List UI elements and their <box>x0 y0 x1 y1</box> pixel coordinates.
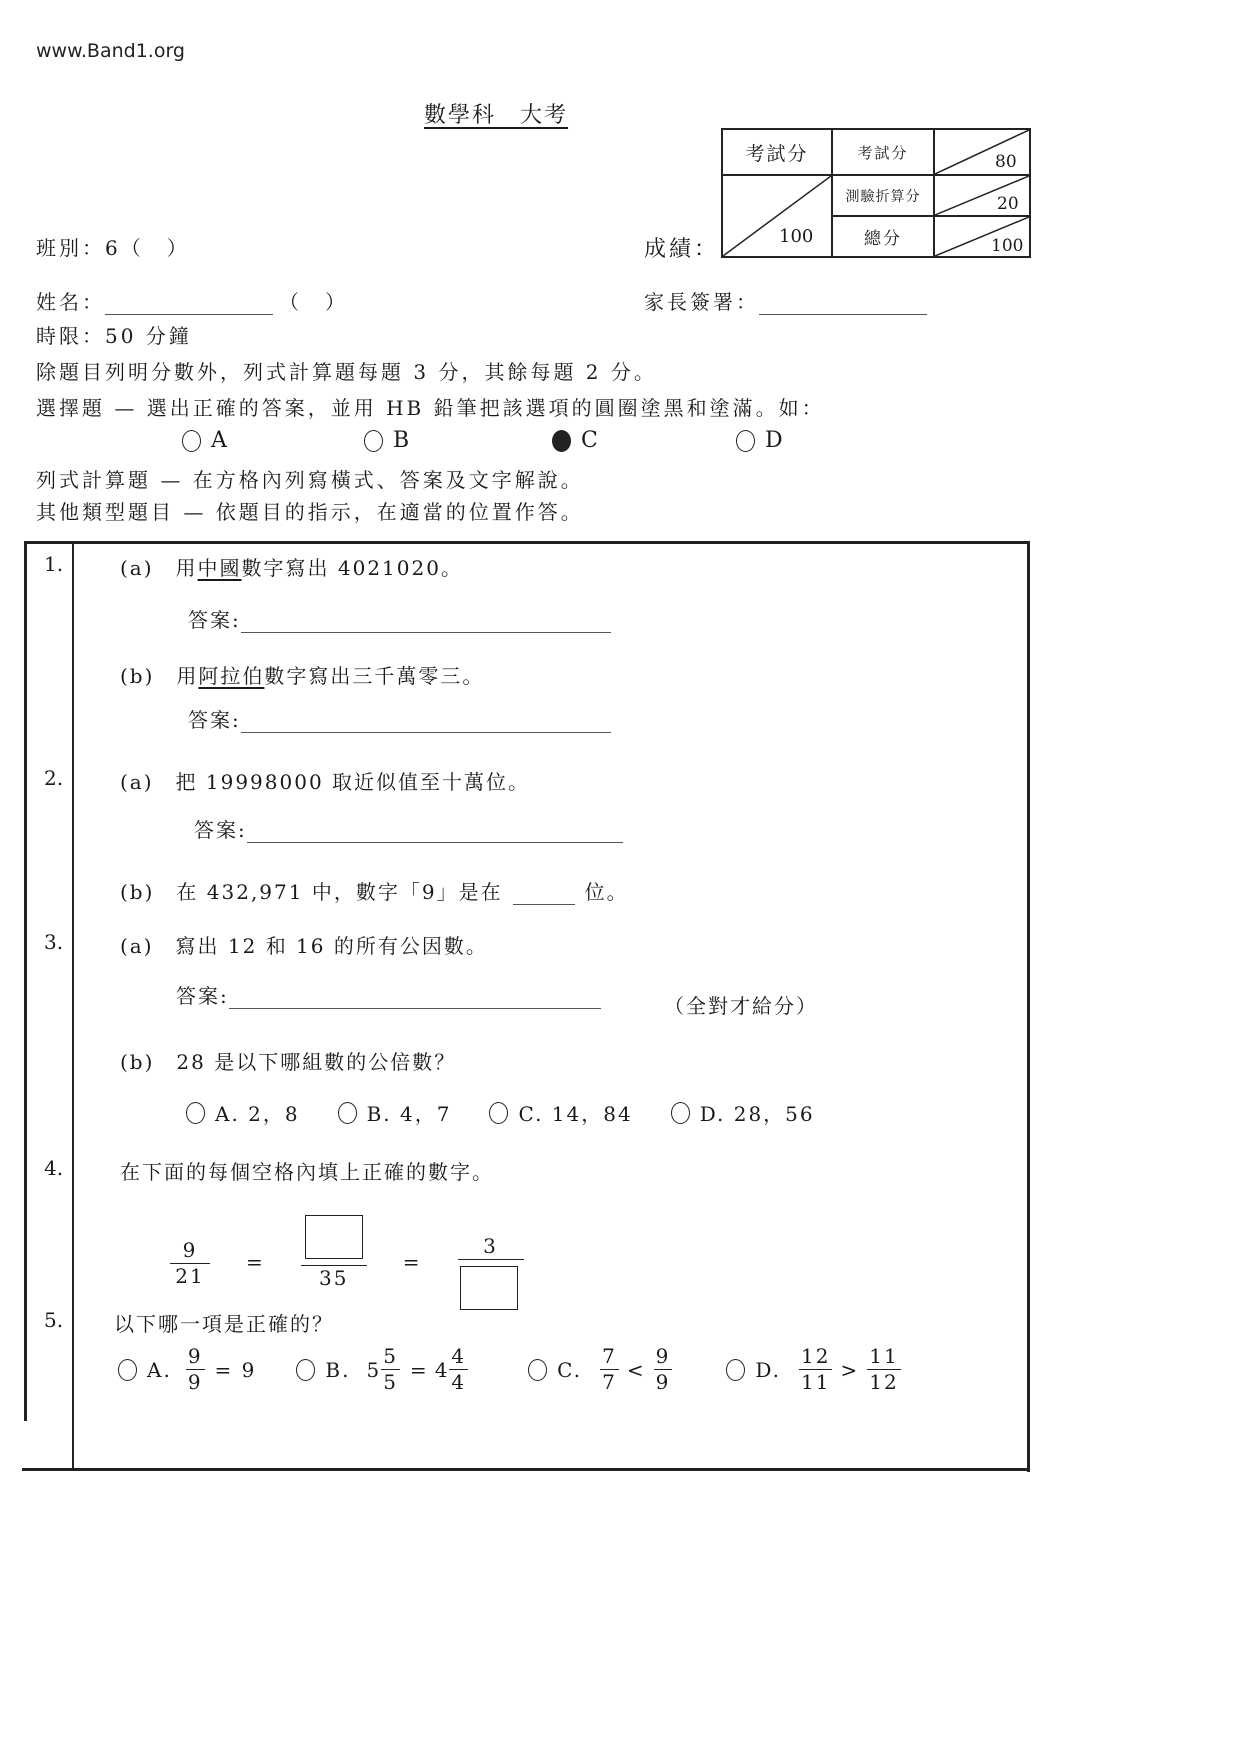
q5-options: A. 99 = 9 B. 555 = 444 C. 77 < 99 D. 121… <box>118 1346 943 1393</box>
parent-signature-input[interactable] <box>759 292 927 315</box>
name-class-number: （ ） <box>279 290 348 314</box>
question-box-border <box>1027 541 1030 1472</box>
bubble-filled-icon <box>552 430 571 452</box>
site-url: www.Band1.org <box>36 40 185 62</box>
time-limit: 時限：50 分鐘 <box>36 320 192 349</box>
question-box-border <box>24 541 1030 544</box>
q3a-prompt: (a)寫出 12 和 16 的所有公因數。 <box>120 930 488 959</box>
q5-option-c[interactable]: C. 77 < 99 <box>528 1346 676 1393</box>
example-option-b: B <box>364 428 409 453</box>
score-row-label: 總分 <box>833 217 933 256</box>
q4-prompt: 在下面的每個空格內填上正確的數字。 <box>120 1156 494 1185</box>
q3a-note: （全對才給分） <box>664 990 818 1019</box>
q3a-answer-input[interactable] <box>229 986 601 1009</box>
question-number: 3. <box>44 930 63 954</box>
example-option-d: D <box>736 428 783 453</box>
score-row-label: 考試分 <box>833 130 933 174</box>
score-left-header: 考試分 <box>723 130 831 174</box>
q2b-answer-input[interactable] <box>513 884 575 905</box>
q1b-prompt: (b)用阿拉伯數字寫出三千萬零三。 <box>120 660 484 689</box>
bubble-empty-icon <box>296 1359 315 1381</box>
name-input[interactable] <box>105 292 273 315</box>
score-table: 考試分 100 考試分 測驗折算分 總分 80 20 100 <box>721 128 1031 258</box>
question-number: 4. <box>44 1156 63 1180</box>
score-label: 成績： <box>644 232 719 263</box>
example-option-c: C <box>552 428 598 453</box>
question-number: 5. <box>44 1308 63 1332</box>
bubble-empty-icon <box>726 1359 745 1381</box>
bubble-empty-icon <box>736 430 755 452</box>
parent-signature: 家長簽署： <box>644 286 927 315</box>
q5-option-a[interactable]: A. 99 = 9 <box>118 1346 256 1393</box>
q4-fractions: 921 = 35 = 3 <box>166 1190 528 1314</box>
bubble-empty-icon <box>338 1102 357 1124</box>
other-instruction: 其他類型題目 — 依題目的指示，在適當的位置作答。 <box>36 496 584 525</box>
q1b-answer-input[interactable] <box>241 710 611 733</box>
q2a-answer-input[interactable] <box>247 820 623 843</box>
bubble-empty-icon <box>671 1102 690 1124</box>
score-max: 80 <box>995 152 1017 172</box>
q1a-answer-input[interactable] <box>241 610 611 633</box>
question-number: 1. <box>44 552 63 576</box>
q5-option-d[interactable]: D. 1211 > 1112 <box>726 1346 904 1393</box>
score-row-label: 測驗折算分 <box>833 176 933 215</box>
name-field: 姓名：（ ） <box>36 286 348 315</box>
question-number: 2. <box>44 766 63 790</box>
q1b-answer: 答案: <box>188 704 611 733</box>
example-option-a: A <box>182 428 227 453</box>
fraction: 35 <box>301 1215 367 1289</box>
q4-numerator-box[interactable] <box>305 1215 363 1259</box>
q4-denominator-box[interactable] <box>460 1266 518 1310</box>
q2b-prompt: (b)在 432,971 中，數字「9」是在位。 <box>120 876 629 905</box>
question-box-border <box>22 1468 1030 1471</box>
fraction: 921 <box>170 1240 210 1287</box>
bubble-empty-icon <box>182 430 201 452</box>
q3a-answer: 答案: <box>176 980 601 1009</box>
question-box-border <box>24 541 27 1421</box>
marks-instruction: 除題目列明分數外，列式計算題每題 3 分，其餘每題 2 分。 <box>36 356 657 385</box>
class-field: 班別：6（ ） <box>36 232 190 261</box>
name-label: 姓名： <box>36 290 105 314</box>
score-left-total: 100 <box>779 226 813 247</box>
q3b-option-b[interactable]: B. 4，7 <box>338 1098 452 1127</box>
q3b-option-a[interactable]: A. 2，8 <box>186 1098 300 1127</box>
q1a-prompt: (a)用中國數字寫出 4021020。 <box>120 552 463 581</box>
score-max: 100 <box>991 236 1023 256</box>
fraction: 3 <box>458 1236 524 1314</box>
q3b-option-c[interactable]: C. 14，84 <box>489 1098 632 1127</box>
score-left-diagonal <box>723 176 831 256</box>
q5-option-b[interactable]: B. 555 = 444 <box>296 1346 472 1393</box>
q3b-option-d[interactable]: D. 28，56 <box>671 1098 815 1127</box>
bubble-empty-icon <box>528 1359 547 1381</box>
q1a-answer: 答案: <box>188 604 611 633</box>
page-title: 數學科 大考 <box>424 98 568 129</box>
q5-prompt: 以下哪一項是正確的？ <box>114 1308 334 1337</box>
score-max: 20 <box>997 194 1019 214</box>
q3b-prompt: (b)28 是以下哪組數的公倍數？ <box>120 1046 456 1075</box>
question-number-divider <box>72 541 74 1471</box>
q2a-answer: 答案: <box>194 814 623 843</box>
working-instruction: 列式計算題 — 在方格內列寫橫式、答案及文字解說。 <box>36 464 584 493</box>
mc-instruction: 選擇題 — 選出正確的答案，並用 HB 鉛筆把該選項的圓圈塗黑和塗滿。如： <box>36 392 825 421</box>
bubble-empty-icon <box>186 1102 205 1124</box>
parent-signature-label: 家長簽署： <box>644 290 759 314</box>
q2a-prompt: (a)把 19998000 取近似值至十萬位。 <box>120 766 530 795</box>
bubble-empty-icon <box>118 1359 137 1381</box>
bubble-empty-icon <box>364 430 383 452</box>
bubble-empty-icon <box>489 1102 508 1124</box>
q3b-options: A. 2，8B. 4，7C. 14，84D. 28，56 <box>186 1098 853 1129</box>
